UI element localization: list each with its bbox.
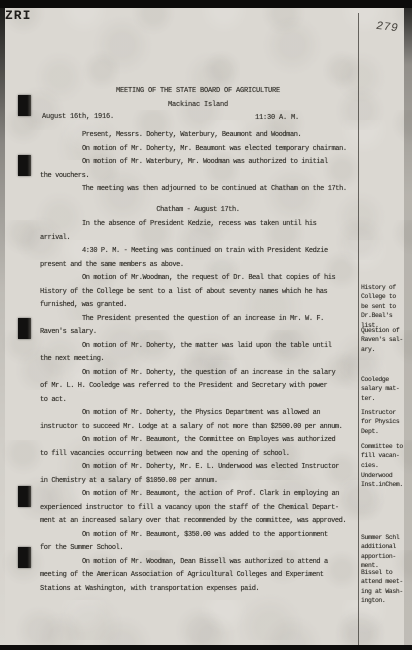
right-scan-edge (404, 0, 412, 650)
body-line: the vouchers. (40, 170, 356, 184)
body-line: On motion of Mr. Doherty, the matter was… (40, 340, 356, 354)
body-line: Present, Messrs. Doherty, Waterbury, Bea… (40, 129, 356, 143)
binding-mark (18, 95, 31, 116)
page-title: MEETING OF THE STATE BOARD OF AGRICULTUR… (40, 87, 356, 95)
body-line: The President presented the question of … (40, 313, 356, 327)
body-line: instructor to succeed Mr. Lodge at a sal… (40, 421, 356, 435)
binding-mark (18, 486, 31, 507)
doc-time: 11:30 A. M. (255, 114, 299, 122)
body-text: Present, Messrs. Doherty, Waterbury, Bea… (40, 129, 356, 596)
binding-mark (18, 155, 31, 176)
body-line: the next meeting. (40, 353, 356, 367)
left-scan-edge (0, 0, 5, 650)
body-line: On motion of Mr. Doherty, Mr. Beaumont w… (40, 143, 356, 157)
corner-mark: ZRI (5, 8, 31, 23)
doc-location: Mackinac Island (40, 101, 356, 109)
binding-mark (18, 318, 31, 339)
top-scan-edge (0, 0, 412, 8)
scanned-minutes-page: ZRI 279 MEETING OF THE STATE BOARD OF AG… (0, 0, 412, 650)
body-line: On motion of Mr.Woodman, the request of … (40, 272, 356, 286)
doc-date: August 16th, 1916. (42, 113, 114, 121)
body-line: arrival. (40, 232, 356, 246)
body-line: History of the College be sent to a list… (40, 286, 356, 300)
body-line: to fill vacancies occurring between now … (40, 448, 356, 462)
body-line: Raven's salary. (40, 326, 356, 340)
margin-rule-line (358, 13, 359, 650)
body-line: meeting of the American Association of A… (40, 569, 356, 583)
binding-mark (18, 547, 31, 568)
body-line: On motion of Mr. Doherty, Mr. E. L. Unde… (40, 461, 356, 475)
body-line: On motion of Mr. Beaumont, the Committee… (40, 434, 356, 448)
body-line: In the absence of President Kedzie, rece… (40, 218, 356, 232)
body-line: ment at an increased salary over that re… (40, 515, 356, 529)
section-heading: Chatham - August 17th. (40, 204, 356, 218)
page-number: 279 (374, 20, 399, 35)
body-line: On motion of Mr. Beaumont, $350.00 was a… (40, 529, 356, 543)
bottom-scan-edge (0, 645, 412, 650)
body-line: present and the same members as above. (40, 259, 356, 273)
body-line: of Mr. L. H. Cooledge was referred to th… (40, 380, 356, 394)
body-line: furnished, was granted. (40, 299, 356, 313)
body-line: On motion of Mr. Doherty, the Physics De… (40, 407, 356, 421)
body-line: On motion of Mr. Doherty, the question o… (40, 367, 356, 381)
body-line: On motion of Mr. Woodman, Dean Bissell w… (40, 556, 356, 570)
body-line: for the Summer School. (40, 542, 356, 556)
body-line: in Chemistry at a salary of $1050.00 per… (40, 475, 356, 489)
body-line: 4:30 P. M. - Meeting was continued on tr… (40, 245, 356, 259)
body-line: On motion of Mr. Beaumont, the action of… (40, 488, 356, 502)
body-line: The meeting was then adjourned to be con… (40, 183, 356, 197)
body-line: On motion of Mr. Waterbury, Mr. Woodman … (40, 156, 356, 170)
body-line: to act. (40, 394, 356, 408)
body-line: Stations at Washington, with transportat… (40, 583, 356, 597)
body-line: experienced instructor to fill a vacancy… (40, 502, 356, 516)
